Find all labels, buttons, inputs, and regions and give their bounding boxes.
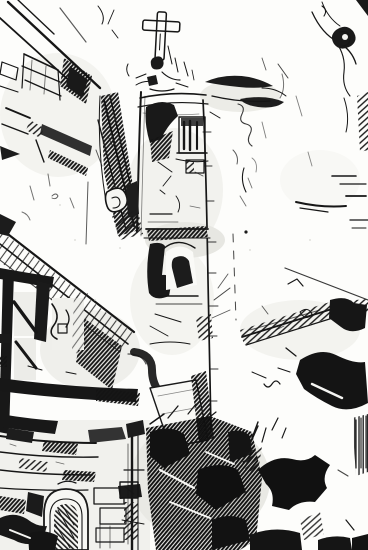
sketch-figure <box>0 0 368 550</box>
sketch-canvas <box>0 0 368 550</box>
